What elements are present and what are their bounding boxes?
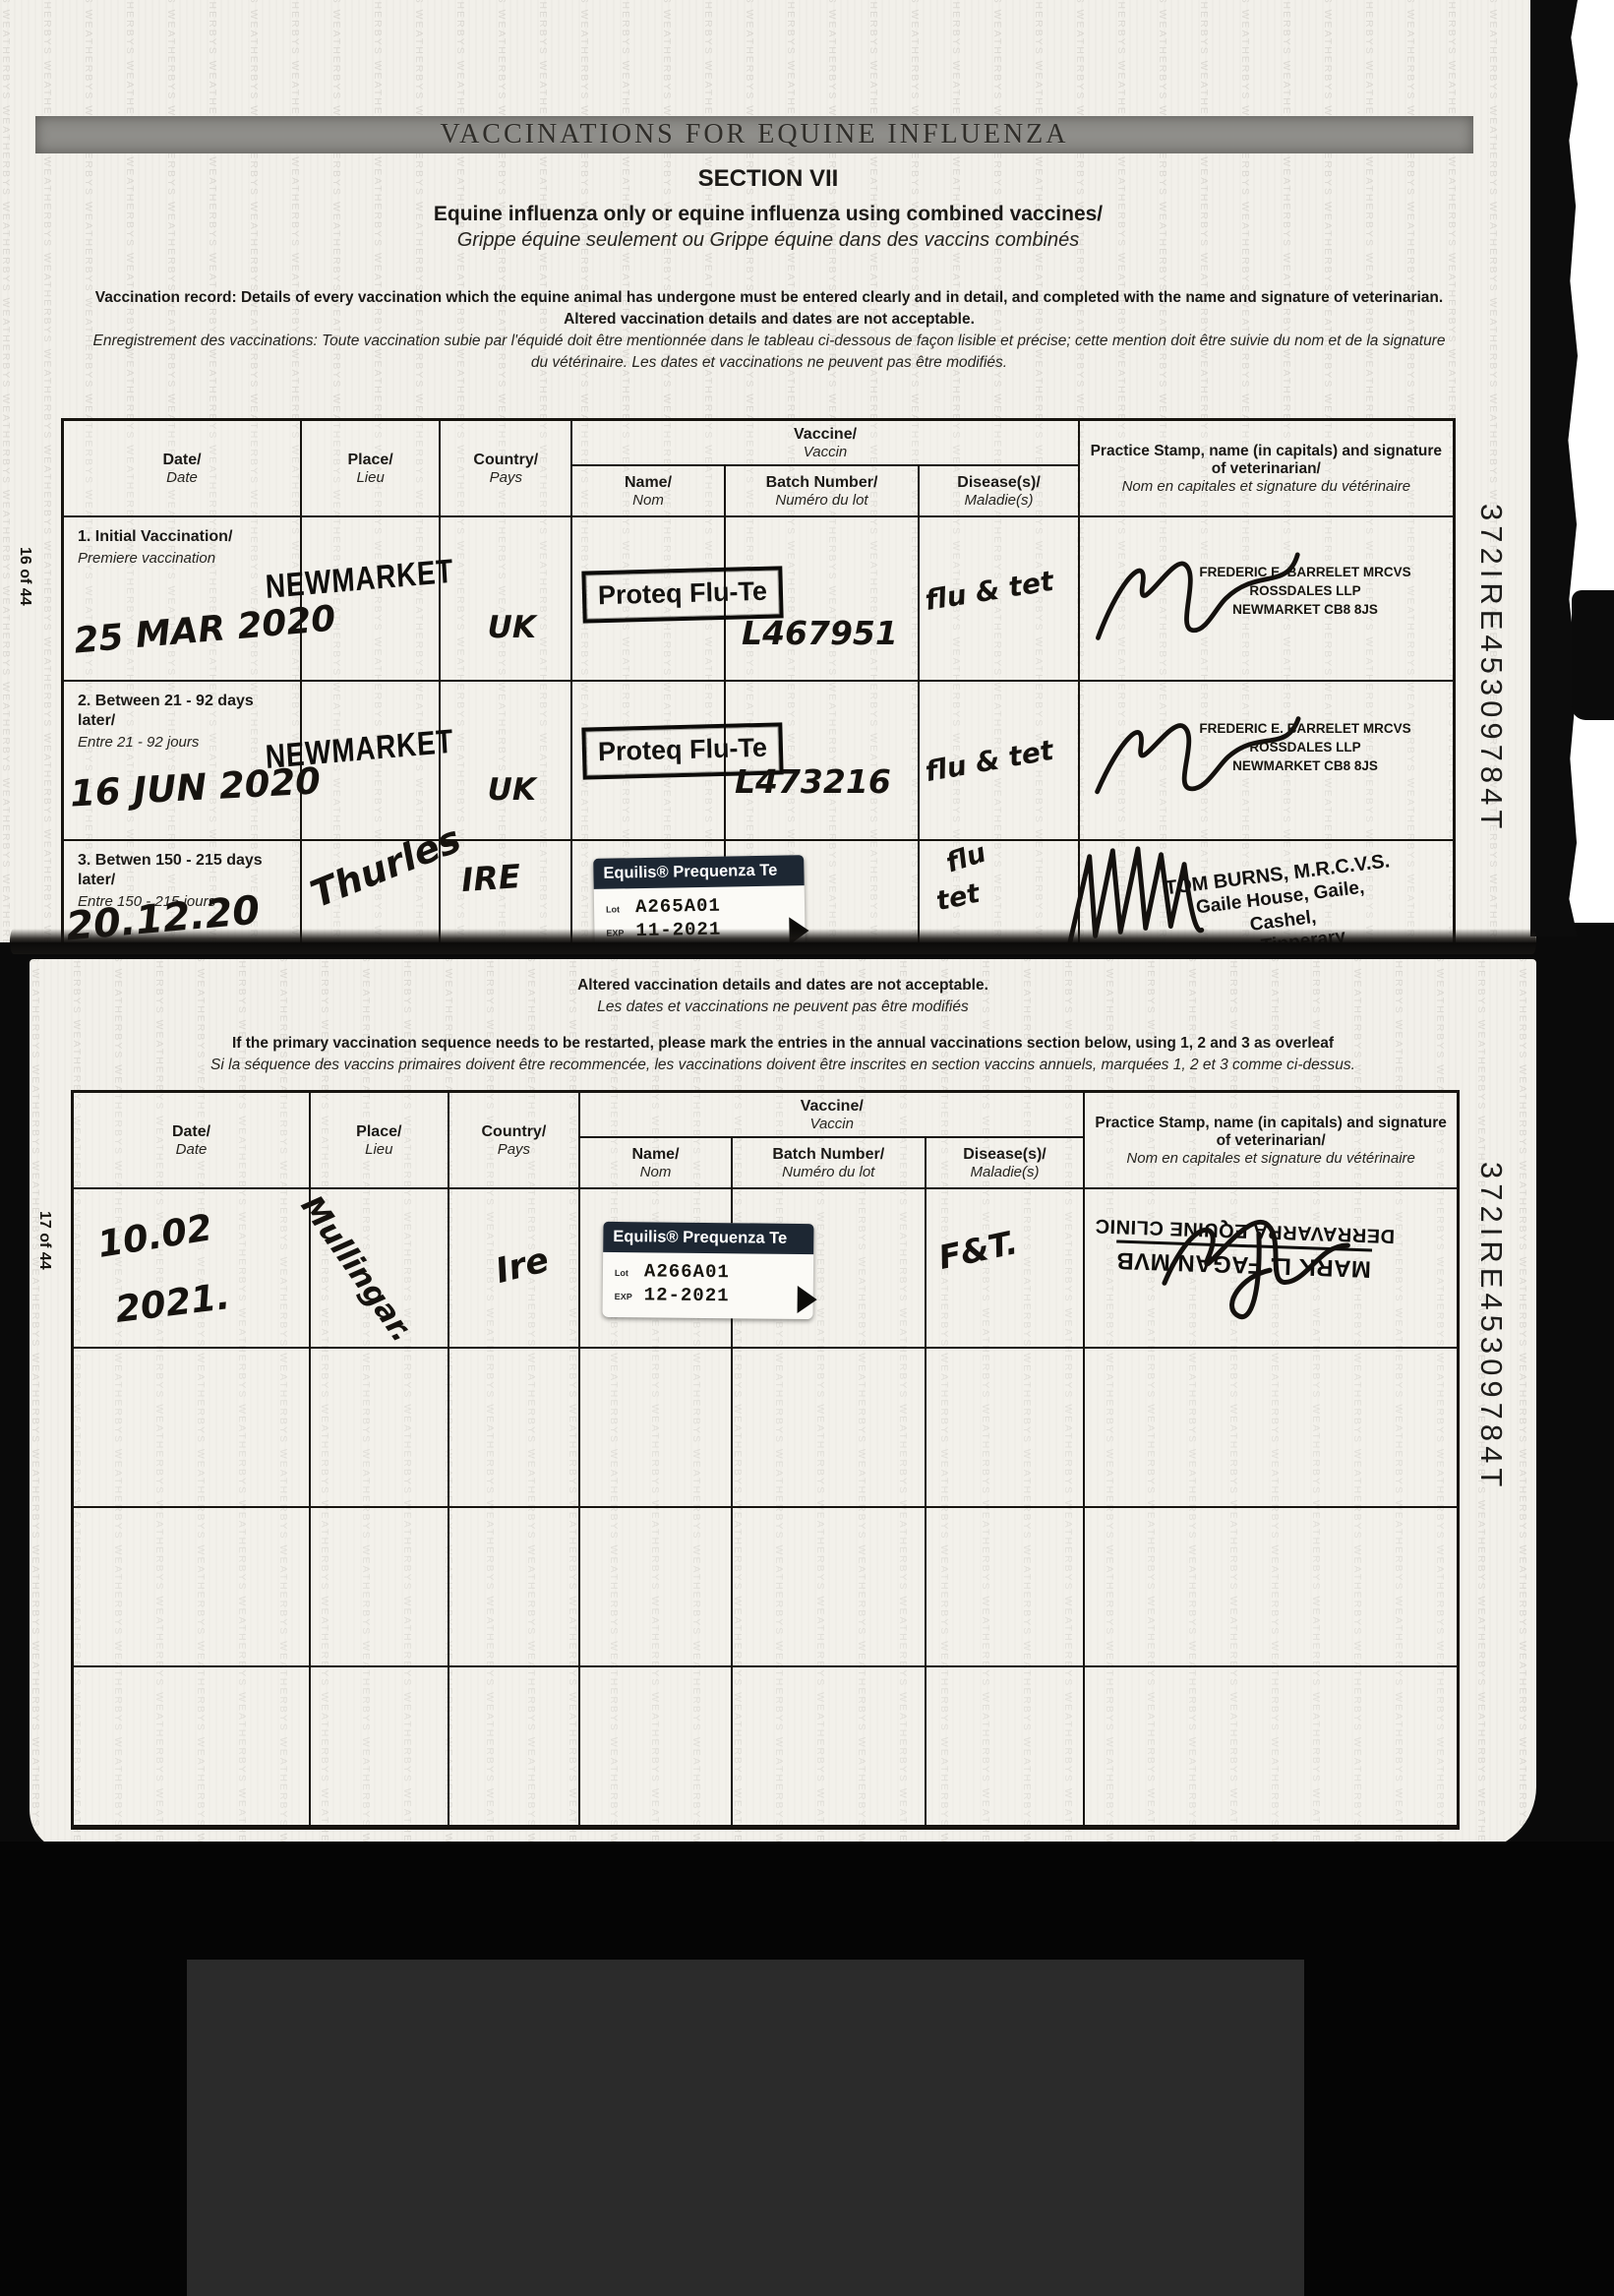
row-label: 2. Between 21 - 92 days later/ bbox=[78, 692, 292, 731]
practice-stamp: FREDERIC E. BARRELET MRCVS ROSSDALES LLP… bbox=[1169, 719, 1441, 775]
section-number: SECTION VII bbox=[0, 165, 1536, 193]
col-vaccine-fr: Vaccin bbox=[804, 444, 847, 460]
sticker-exp-value: 12-2021 bbox=[644, 1284, 730, 1306]
empty-cell bbox=[74, 1508, 309, 1665]
instruction-en-2: Altered vaccination details and dates ar… bbox=[69, 309, 1469, 331]
empty-cell bbox=[925, 1508, 1084, 1665]
col-header-name: Name/Nom bbox=[570, 466, 723, 515]
col-country-en: Country/ bbox=[482, 1123, 547, 1141]
practice-stamp: FREDERIC E. BARRELET MRCVS ROSSDALES LLP… bbox=[1169, 563, 1441, 619]
col-date-en: Date/ bbox=[172, 1123, 210, 1141]
note-altered-fr: Les dates et vaccinations ne peuvent pas… bbox=[69, 997, 1497, 1018]
empty-cell bbox=[1083, 1349, 1457, 1506]
col-batch-fr: Numéro du lot bbox=[782, 1164, 874, 1180]
page-number: 16 of 44 bbox=[16, 547, 33, 606]
table-header: Date/Date Place/Lieu Country/Pays Vaccin… bbox=[64, 421, 1453, 515]
col-header-place: Place/Lieu bbox=[309, 1093, 448, 1187]
sticker-lot-row: LotA266A01 bbox=[615, 1260, 804, 1284]
empty-cell bbox=[448, 1667, 579, 1825]
sticker-brand: Equilis® Prequenza Te bbox=[594, 855, 806, 889]
handwritten-batch: L473216 bbox=[735, 762, 891, 801]
col-name-en: Name/ bbox=[625, 474, 672, 492]
col-header-batch: Batch Number/Numéro du lot bbox=[724, 466, 919, 515]
handwritten-batch: L467951 bbox=[742, 614, 898, 652]
sticker-brand: Equilis® Prequenza Te bbox=[604, 1222, 814, 1254]
sticker-exp-row: EXP12-2021 bbox=[615, 1284, 804, 1307]
empty-cell bbox=[1083, 1508, 1457, 1665]
stamp-line: ROSSDALES LLP bbox=[1169, 581, 1441, 600]
col-header-disease: Disease(s)/Maladie(s) bbox=[925, 1138, 1084, 1187]
passport-page-17: WEATHERBYS WEATHERBYS WEATHERBYS WEATHER… bbox=[30, 959, 1536, 1851]
sticker-peel-mark bbox=[798, 1286, 817, 1313]
empty-cell bbox=[309, 1349, 448, 1506]
row-label: 1. Initial Vaccination/ bbox=[78, 527, 292, 547]
handwritten-country: UK bbox=[488, 610, 536, 645]
empty-cell bbox=[731, 1508, 925, 1665]
row-label-fr: Premiere vaccination bbox=[78, 549, 292, 569]
col-vaccine-en: Vaccine/ bbox=[794, 426, 857, 444]
primary-vaccination-table: Date/Date Place/Lieu Country/Pays Vaccin… bbox=[61, 418, 1456, 942]
passport-page-16: WEATHERBYS WEATHERBYS WEATHERBYS WEATHER… bbox=[0, 0, 1536, 942]
empty-cell bbox=[1083, 1667, 1457, 1825]
empty-cell bbox=[439, 517, 570, 680]
col-header-stamp: Practice Stamp, name (in capitals) and s… bbox=[1083, 1093, 1457, 1187]
empty-cell bbox=[925, 1667, 1084, 1825]
col-date-fr: Date bbox=[166, 469, 198, 486]
col-place-en: Place/ bbox=[347, 452, 392, 469]
col-place-fr: Lieu bbox=[365, 1141, 392, 1158]
scanned-passport-document: WEATHERBYS WEATHERBYS WEATHERBYS WEATHER… bbox=[0, 0, 1614, 2296]
col-header-country: Country/Pays bbox=[448, 1093, 579, 1187]
empty-cell bbox=[309, 1667, 448, 1825]
vaccination-row-third: 3. Betwen 150 - 215 days later/ Entre 15… bbox=[64, 839, 1453, 942]
note-restart-fr: Si la séquence des vaccins primaires doi… bbox=[69, 1055, 1497, 1076]
col-header-country: Country/Pays bbox=[439, 421, 570, 515]
col-disease-en: Disease(s)/ bbox=[963, 1146, 1046, 1164]
col-vaccine-en: Vaccine/ bbox=[801, 1098, 864, 1116]
row-label: 3. Betwen 150 - 215 days later/ bbox=[78, 851, 292, 890]
stamp-line: FREDERIC E. BARRELET MRCVS bbox=[1169, 719, 1441, 738]
section-banner: VACCINATIONS FOR EQUINE INFLUENZA bbox=[35, 116, 1473, 153]
col-disease-fr: Maladie(s) bbox=[965, 492, 1034, 509]
col-header-vaccine: Vaccine/Vaccin bbox=[570, 421, 1077, 466]
instruction-fr-2: du vétérinaire. Les dates et vaccination… bbox=[69, 352, 1469, 374]
row-label-cell: 2. Between 21 - 92 days later/ Entre 21 … bbox=[64, 682, 300, 839]
scanner-surface bbox=[187, 1960, 1304, 2296]
col-date-en: Date/ bbox=[162, 452, 201, 469]
col-batch-en: Batch Number/ bbox=[772, 1146, 884, 1164]
col-stamp-fr: Nom en capitales et signature du vétérin… bbox=[1122, 478, 1411, 495]
handwritten-country: UK bbox=[488, 772, 536, 808]
col-stamp-en: Practice Stamp, name (in capitals) and s… bbox=[1089, 1115, 1453, 1150]
col-country-fr: Pays bbox=[498, 1141, 530, 1158]
col-header-batch: Batch Number/Numéro du lot bbox=[731, 1138, 925, 1187]
note-altered: Altered vaccination details and dates ar… bbox=[69, 975, 1497, 997]
note-restart: If the primary vaccination sequence need… bbox=[69, 1033, 1497, 1055]
empty-cell bbox=[578, 1508, 731, 1665]
col-header-name: Name/Nom bbox=[578, 1138, 731, 1187]
sticker-lot-label: Lot bbox=[615, 1268, 644, 1278]
table-header: Date/Date Place/Lieu Country/Pays Vaccin… bbox=[74, 1093, 1457, 1187]
col-header-date: Date/Date bbox=[74, 1093, 309, 1187]
scan-artifact bbox=[1572, 590, 1614, 720]
stamp-line: FREDERIC E. BARRELET MRCVS bbox=[1169, 563, 1441, 581]
col-header-vaccine: Vaccine/Vaccin bbox=[578, 1093, 1083, 1138]
empty-vaccination-row bbox=[74, 1347, 1457, 1506]
empty-cell bbox=[74, 1349, 309, 1506]
instruction-en-1: Vaccination record: Details of every vac… bbox=[69, 287, 1469, 309]
sticker-lot-value: A265A01 bbox=[635, 895, 721, 919]
stamp-line: NEWMARKET CB8 8JS bbox=[1169, 600, 1441, 619]
vaccination-record-instructions: Vaccination record: Details of every vac… bbox=[69, 287, 1469, 374]
empty-vaccination-row bbox=[74, 1665, 1457, 1827]
empty-cell bbox=[448, 1508, 579, 1665]
empty-cell bbox=[731, 1349, 925, 1506]
col-stamp-fr: Nom en capitales et signature du vétérin… bbox=[1126, 1150, 1415, 1167]
col-name-fr: Nom bbox=[640, 1164, 672, 1180]
annual-vaccination-table: Date/Date Place/Lieu Country/Pays Vaccin… bbox=[71, 1090, 1460, 1830]
col-disease-en: Disease(s)/ bbox=[957, 474, 1041, 492]
sticker-lot-label: Lot bbox=[606, 904, 635, 915]
empty-cell bbox=[731, 1667, 925, 1825]
col-stamp-en: Practice Stamp, name (in capitals) and s… bbox=[1084, 443, 1449, 478]
vaccine-sticker: Equilis® Prequenza Te LotA266A01 EXP12-2… bbox=[603, 1222, 814, 1319]
col-vaccine-fr: Vaccin bbox=[810, 1116, 854, 1132]
torn-page-edge bbox=[1530, 0, 1578, 937]
col-date-fr: Date bbox=[176, 1141, 208, 1158]
sticker-lot-value: A266A01 bbox=[644, 1260, 730, 1283]
passport-code: 372IRE45309784T bbox=[1473, 504, 1509, 833]
empty-cell bbox=[74, 1667, 309, 1825]
col-name-fr: Nom bbox=[632, 492, 664, 509]
subtitle-english: Equine influenza only or equine influenz… bbox=[0, 203, 1536, 226]
instruction-fr-1: Enregistrement des vaccinations: Toute v… bbox=[69, 331, 1469, 352]
subtitle-french: Grippe équine seulement ou Grippe équine… bbox=[0, 229, 1536, 252]
stamp-line: ROSSDALES LLP bbox=[1169, 738, 1441, 756]
empty-cell bbox=[578, 1349, 731, 1506]
page2-notes: Altered vaccination details and dates ar… bbox=[69, 975, 1497, 1077]
col-country-fr: Pays bbox=[490, 469, 522, 486]
col-batch-fr: Numéro du lot bbox=[775, 492, 867, 509]
page-fold-shadow bbox=[10, 929, 1536, 954]
col-place-en: Place/ bbox=[356, 1123, 401, 1141]
empty-cell bbox=[925, 1349, 1084, 1506]
spacer bbox=[69, 1019, 1497, 1033]
page-number: 17 of 44 bbox=[35, 1211, 53, 1270]
empty-vaccination-row bbox=[74, 1506, 1457, 1665]
col-header-disease: Disease(s)/Maladie(s) bbox=[918, 466, 1077, 515]
col-country-en: Country/ bbox=[473, 452, 538, 469]
col-name-en: Name/ bbox=[631, 1146, 679, 1164]
row-label-fr: Entre 21 - 92 jours bbox=[78, 733, 292, 753]
stamp-line: NEWMARKET CB8 8JS bbox=[1169, 756, 1441, 775]
col-header-stamp: Practice Stamp, name (in capitals) and s… bbox=[1078, 421, 1453, 515]
empty-cell bbox=[309, 1508, 448, 1665]
col-batch-en: Batch Number/ bbox=[766, 474, 878, 492]
empty-cell bbox=[439, 682, 570, 839]
col-place-fr: Lieu bbox=[356, 469, 384, 486]
sticker-body: LotA266A01 EXP12-2021 bbox=[603, 1252, 814, 1319]
vaccination-row-initial: 1. Initial Vaccination/ Premiere vaccina… bbox=[64, 515, 1453, 680]
vaccination-row-second: 2. Between 21 - 92 days later/ Entre 21 … bbox=[64, 680, 1453, 839]
passport-code: 372IRE45309784T bbox=[1473, 1162, 1509, 1491]
col-header-date: Date/Date bbox=[64, 421, 300, 515]
col-header-place: Place/Lieu bbox=[300, 421, 439, 515]
sticker-lot-row: LotA265A01 bbox=[606, 893, 795, 918]
col-disease-fr: Maladie(s) bbox=[970, 1164, 1039, 1180]
annual-vaccination-row: 10.02 2021. Mullingar. Ire Equilis® Preq… bbox=[74, 1187, 1457, 1347]
empty-cell bbox=[448, 1349, 579, 1506]
handwritten-country: IRE bbox=[460, 857, 522, 899]
sticker-exp-label: EXP bbox=[615, 1292, 644, 1301]
empty-cell bbox=[578, 1667, 731, 1825]
